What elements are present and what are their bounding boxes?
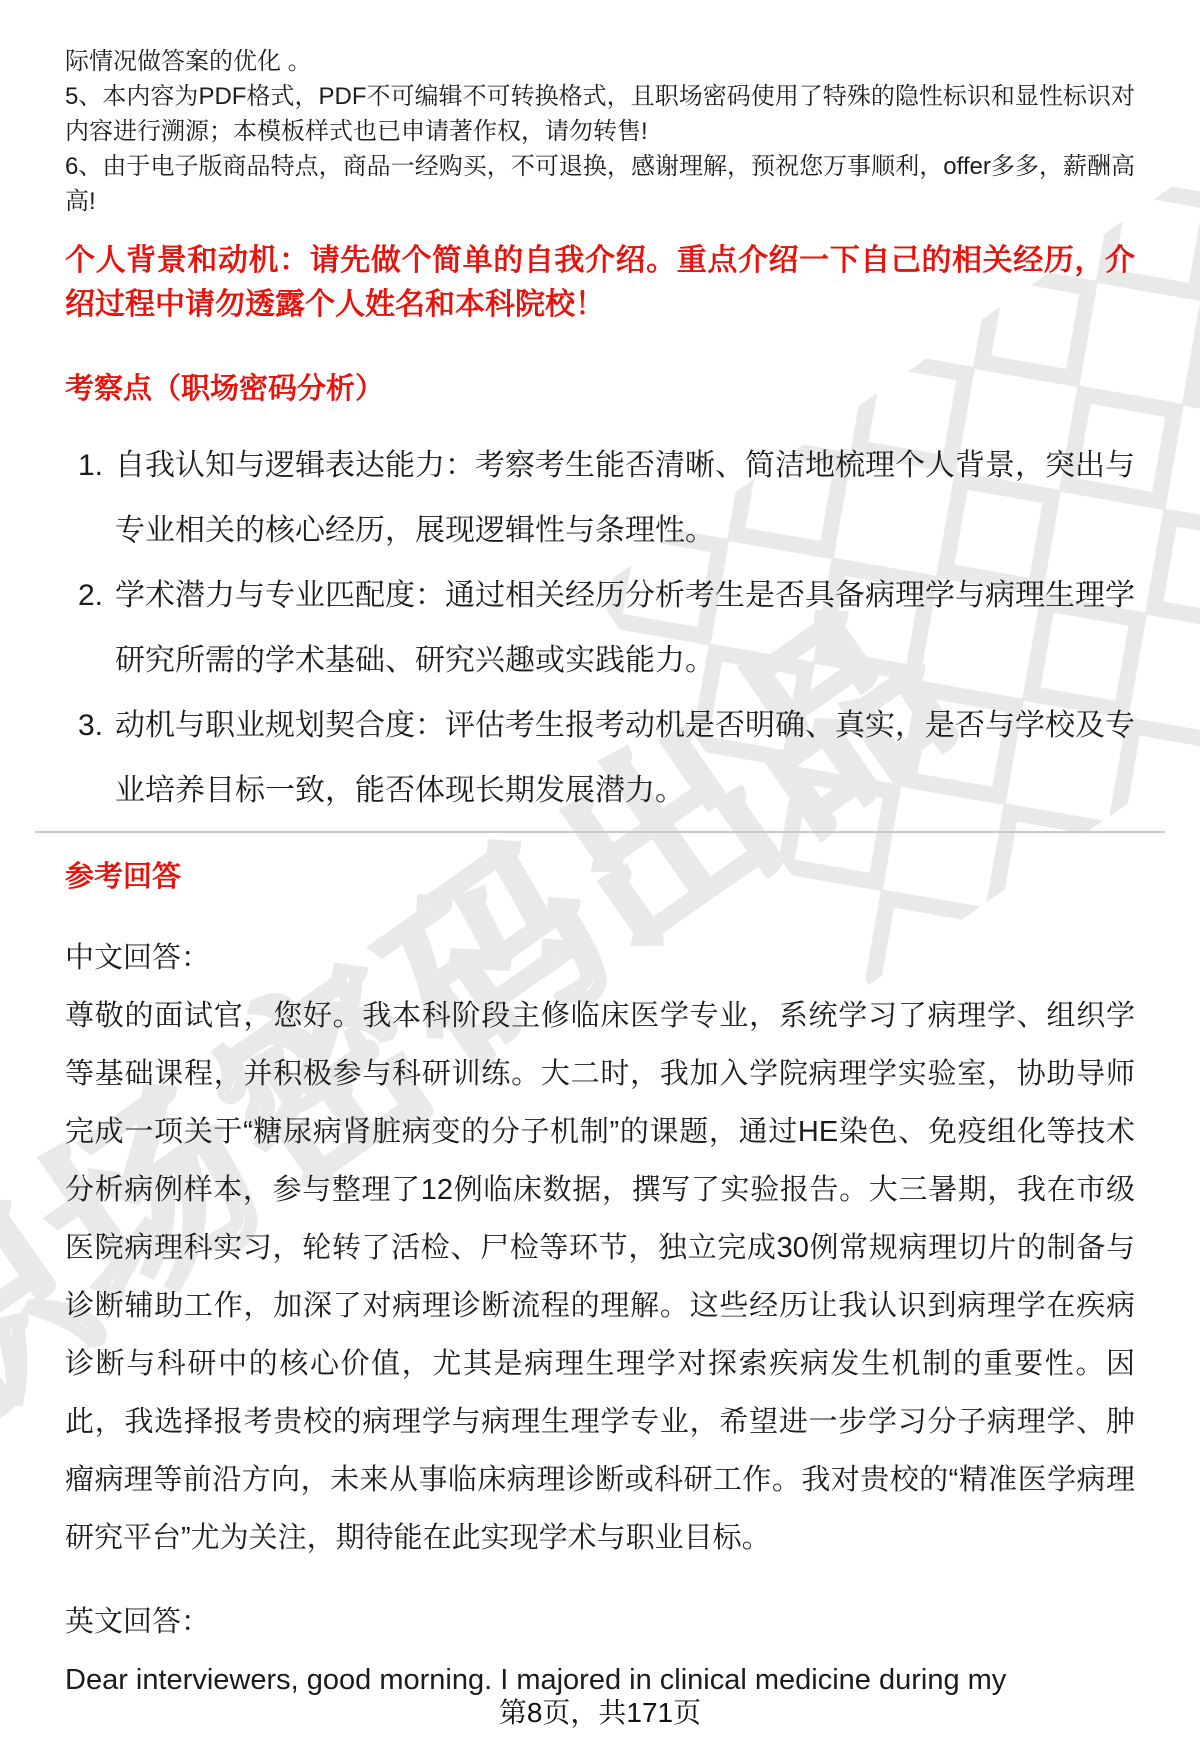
list-item-number: 2. bbox=[78, 563, 115, 693]
list-item-number: 3. bbox=[78, 693, 115, 823]
analysis-list: 1. 自我认知与逻辑表达能力：考察考生能否清晰、简洁地梳理个人背景，突出与专业相… bbox=[65, 433, 1135, 823]
list-item: 3. 动机与职业规划契合度：评估考生报考动机是否明确、真实，是否与学校及专业培养… bbox=[65, 693, 1135, 823]
analysis-heading: 考察点（职场密码分析） bbox=[65, 367, 1135, 411]
english-answer-label: 英文回答： bbox=[65, 1593, 1135, 1651]
chinese-answer-label: 中文回答： bbox=[65, 929, 1135, 987]
note-line: 际情况做答案的优化 。 bbox=[65, 44, 1135, 79]
list-item: 2. 学术潜力与专业匹配度：通过相关经历分析考生是否具备病理学与病理生理学研究所… bbox=[65, 563, 1135, 693]
list-item-number: 1. bbox=[78, 433, 115, 563]
note-line: 5、本内容为PDF格式，PDF不可编辑不可转换格式，且职场密码使用了特殊的隐性标… bbox=[65, 79, 1135, 149]
document-page: 职场密码出品 际情况做答案的优化 。 5、本内容为PDF格式，PDF不可编辑不可… bbox=[0, 0, 1200, 1755]
chinese-answer-text: 尊敬的面试官，您好。我本科阶段主修临床医学专业，系统学习了病理学、组织学等基础课… bbox=[65, 987, 1135, 1567]
section-divider bbox=[35, 831, 1165, 833]
answer-body: 中文回答： 尊敬的面试官，您好。我本科阶段主修临床医学专业，系统学习了病理学、组… bbox=[65, 929, 1135, 1709]
answer-heading: 参考回答 bbox=[65, 855, 1135, 899]
question-heading: 个人背景和动机：请先做个简单的自我介绍。重点介绍一下自己的相关经历，介绍过程中请… bbox=[65, 239, 1135, 327]
page-content: 际情况做答案的优化 。 5、本内容为PDF格式，PDF不可编辑不可转换格式，且职… bbox=[0, 0, 1200, 1709]
notes-section: 际情况做答案的优化 。 5、本内容为PDF格式，PDF不可编辑不可转换格式，且职… bbox=[65, 44, 1135, 219]
list-item-text: 自我认知与逻辑表达能力：考察考生能否清晰、简洁地梳理个人背景，突出与专业相关的核… bbox=[115, 433, 1135, 563]
list-item: 1. 自我认知与逻辑表达能力：考察考生能否清晰、简洁地梳理个人背景，突出与专业相… bbox=[65, 433, 1135, 563]
page-footer: 第8页，共171页 bbox=[0, 1691, 1200, 1731]
list-item-text: 动机与职业规划契合度：评估考生报考动机是否明确、真实，是否与学校及专业培养目标一… bbox=[115, 693, 1135, 823]
note-line: 6、由于电子版商品特点，商品一经购买，不可退换，感谢理解，预祝您万事顺利，off… bbox=[65, 149, 1135, 219]
list-item-text: 学术潜力与专业匹配度：通过相关经历分析考生是否具备病理学与病理生理学研究所需的学… bbox=[115, 563, 1135, 693]
